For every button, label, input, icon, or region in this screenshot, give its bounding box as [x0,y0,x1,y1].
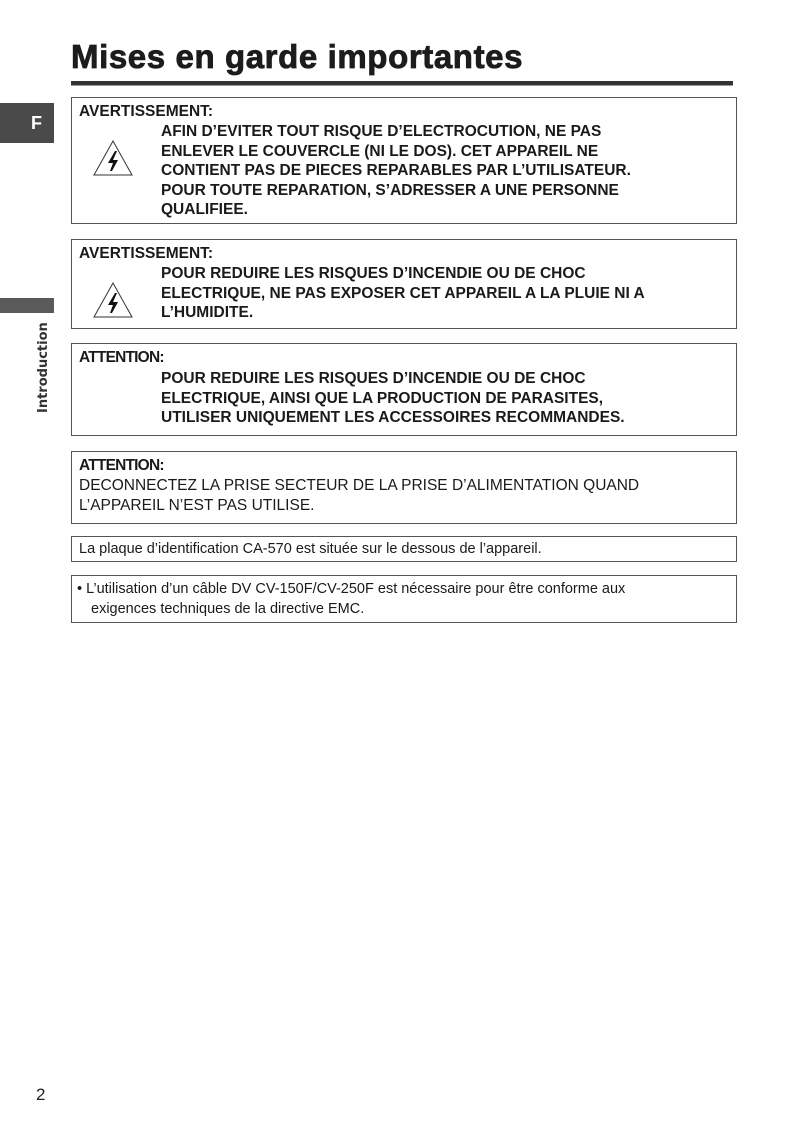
note-text: La plaque d’identification CA-570 est si… [79,541,542,557]
warning-heading: AVERTISSEMENT: [79,245,213,263]
language-tab: F [0,103,54,143]
warning-box-electrocution: AVERTISSEMENT: AFIN D’EVITER TOUT RISQUE… [71,97,737,224]
warning-line: ENLEVER LE COUVERCLE (NI LE DOS). CET AP… [161,142,631,162]
warning-line: QUALIFIEE. [161,200,631,220]
warning-text: AFIN D’EVITER TOUT RISQUE D’ELECTROCUTIO… [161,122,631,220]
note-line: • L’utilisation d’un câble DV CV-150F/CV… [77,580,625,600]
caution-heading: ATTENTION: [79,457,164,475]
warning-line: L’HUMIDITE. [161,303,645,323]
caution-box-accessories: ATTENTION: POUR REDUIRE LES RISQUES D’IN… [71,343,737,436]
warning-line: CONTIENT PAS DE PIECES REPARABLES PAR L’… [161,161,631,181]
warning-line: POUR REDUIRE LES RISQUES D’INCENDIE OU D… [161,264,645,284]
section-marker-bar [0,298,54,313]
page-title: Mises en garde importantes [71,38,523,76]
warning-box-fire-humidity: AVERTISSEMENT: POUR REDUIRE LES RISQUES … [71,239,737,329]
warning-line: AFIN D’EVITER TOUT RISQUE D’ELECTROCUTIO… [161,122,631,142]
electric-shock-warning-icon [93,282,133,318]
caution-line: POUR REDUIRE LES RISQUES D’INCENDIE OU D… [161,369,625,389]
electric-shock-warning-icon [93,140,133,176]
caution-text: POUR REDUIRE LES RISQUES D’INCENDIE OU D… [161,369,625,428]
note-text: • L’utilisation d’un câble DV CV-150F/CV… [77,580,625,619]
caution-heading: ATTENTION: [79,349,164,367]
caution-line: ELECTRIQUE, AINSI QUE LA PRODUCTION DE P… [161,389,625,409]
warning-line: ELECTRIQUE, NE PAS EXPOSER CET APPAREIL … [161,284,645,304]
page-number: 2 [36,1085,45,1105]
warning-line: POUR TOUTE REPARATION, S’ADRESSER A UNE … [161,181,631,201]
note-box-dv-cable: • L’utilisation d’un câble DV CV-150F/CV… [71,575,737,623]
warning-heading: AVERTISSEMENT: [79,103,213,121]
note-line: exigences techniques de la directive EMC… [77,600,625,620]
section-label: Introduction [36,322,51,413]
caution-line: DECONNECTEZ LA PRISE SECTEUR DE LA PRISE… [79,476,639,496]
title-rule [71,81,733,86]
caution-line: L’APPAREIL N’EST PAS UTILISE. [79,496,639,516]
caution-box-unplug: ATTENTION: DECONNECTEZ LA PRISE SECTEUR … [71,451,737,524]
caution-text: DECONNECTEZ LA PRISE SECTEUR DE LA PRISE… [79,476,639,515]
caution-line: UTILISER UNIQUEMENT LES ACCESSOIRES RECO… [161,408,625,428]
note-box-identification-plate: La plaque d’identification CA-570 est si… [71,536,737,562]
warning-text: POUR REDUIRE LES RISQUES D’INCENDIE OU D… [161,264,645,323]
